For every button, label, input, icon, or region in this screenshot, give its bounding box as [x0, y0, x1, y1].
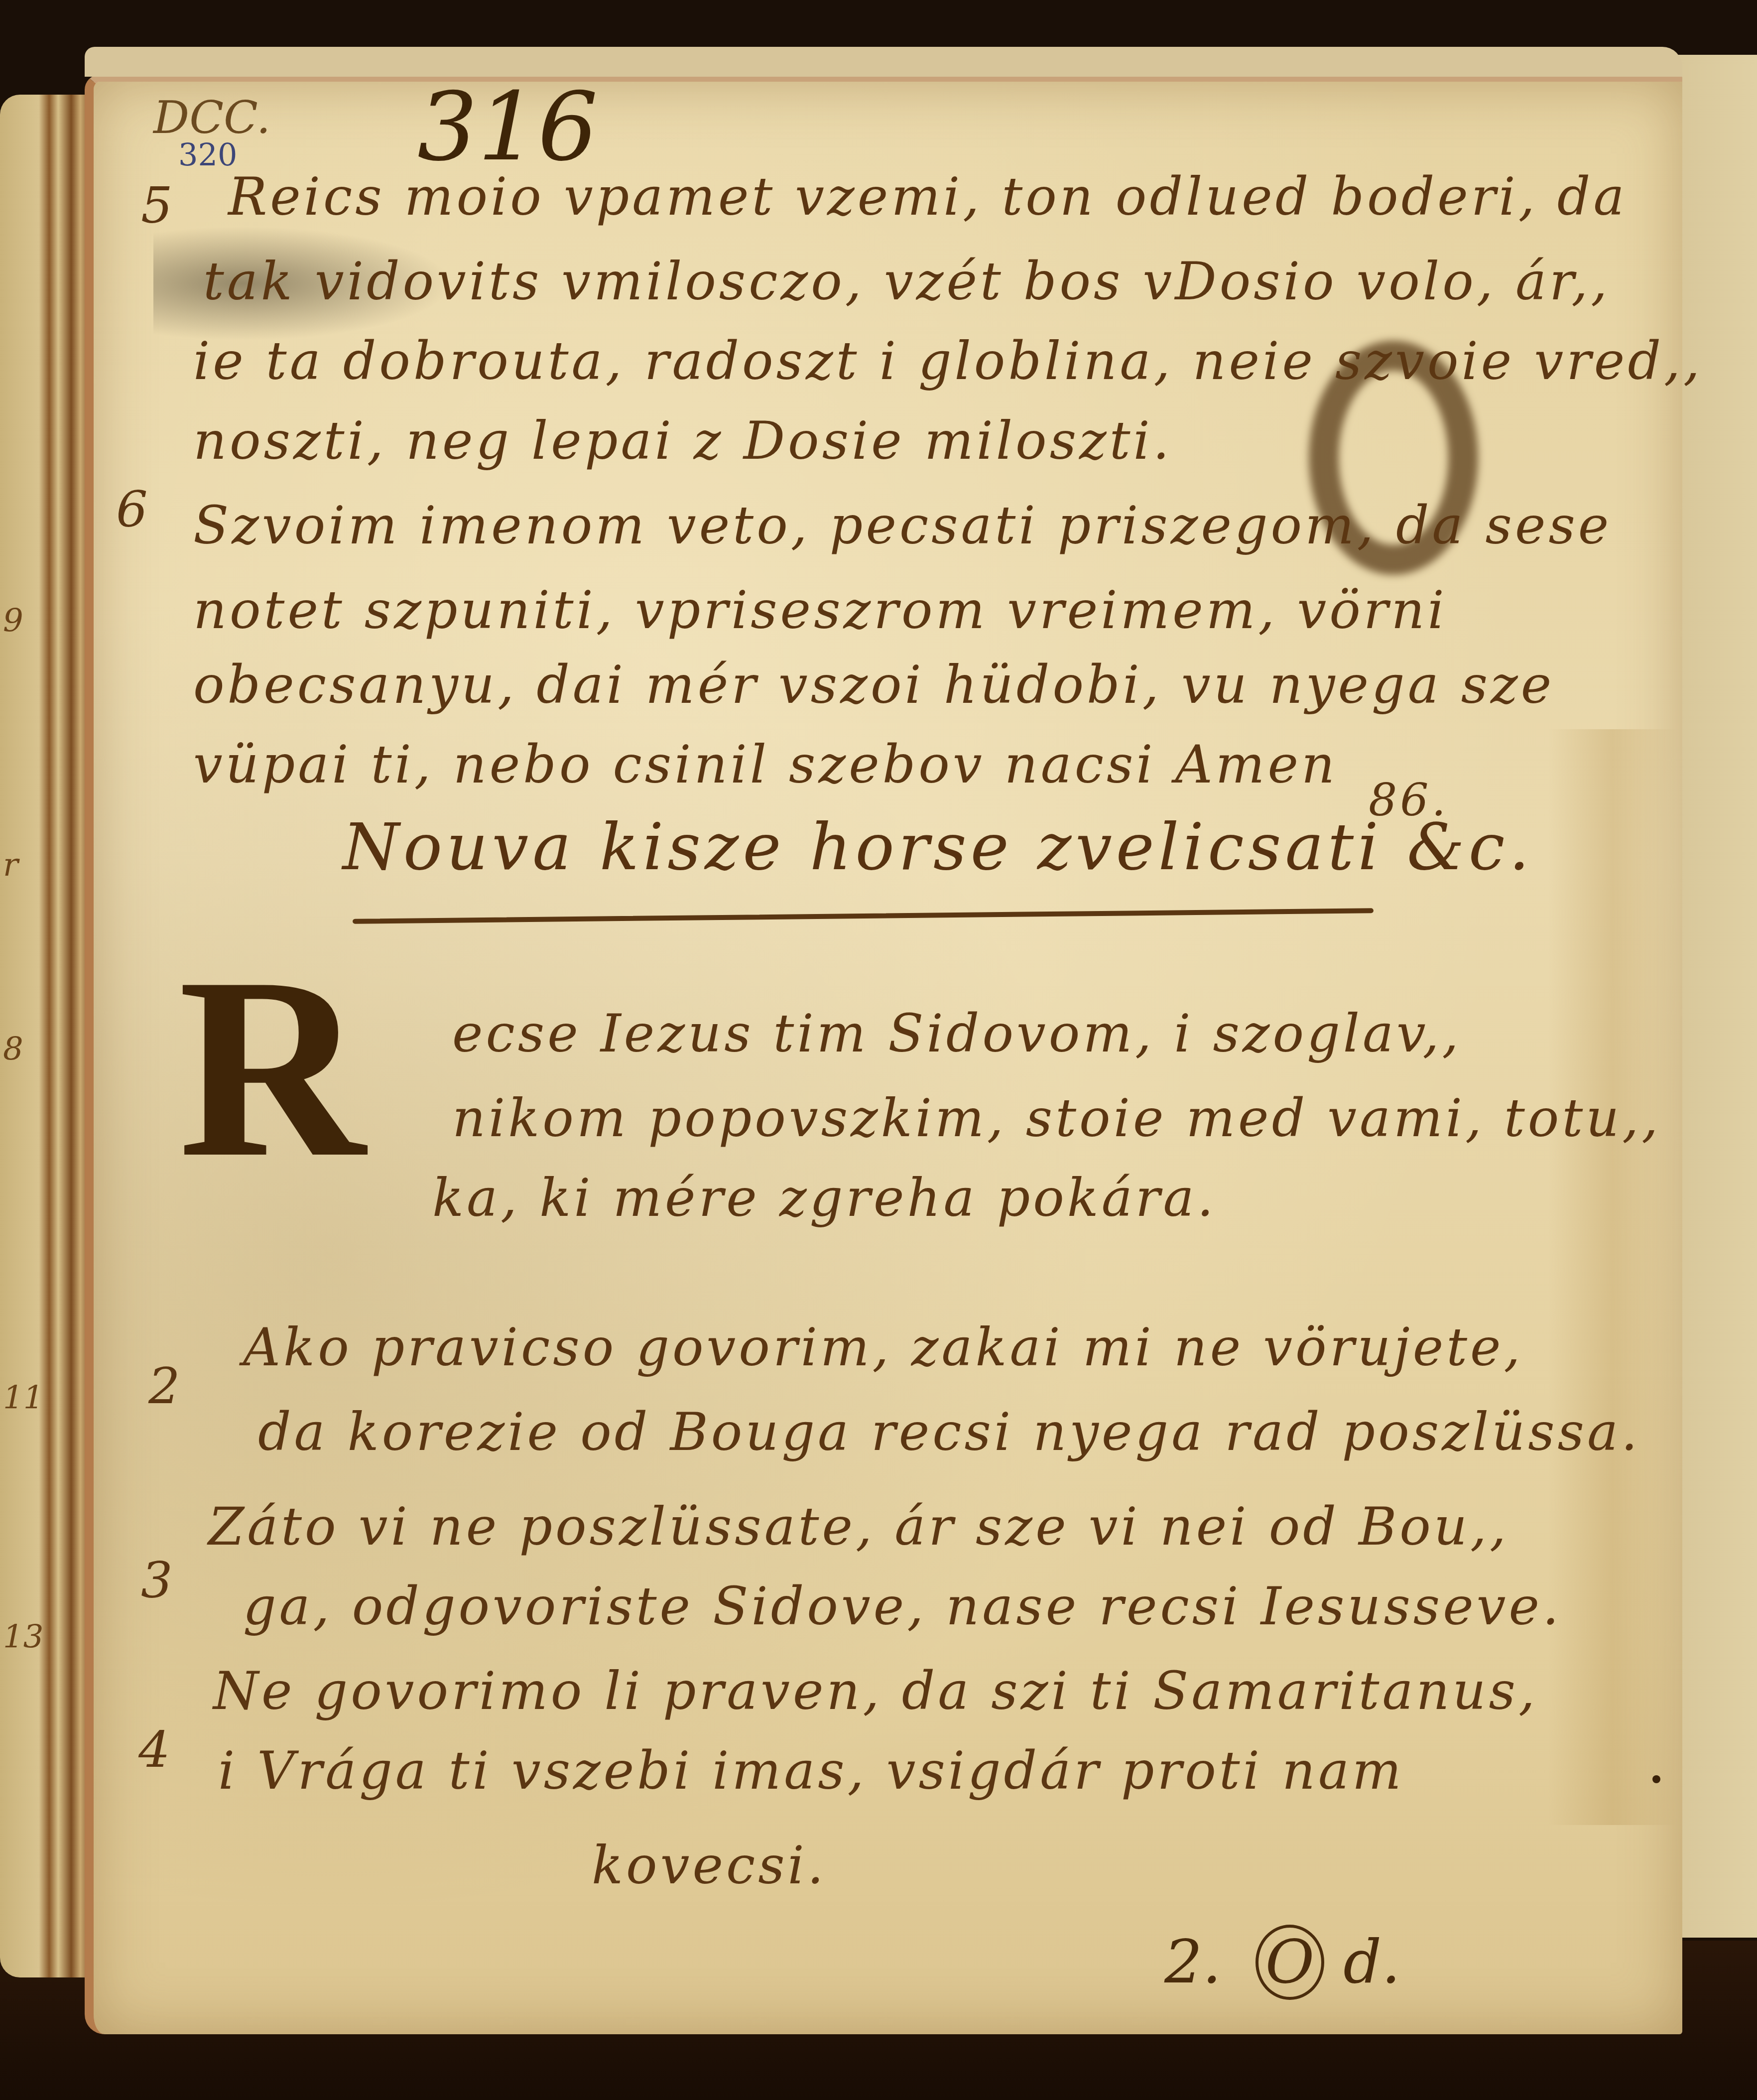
catchword-suffix: d. — [1343, 1928, 1400, 1997]
verse-number: 2 — [148, 1357, 180, 1415]
text-line: ka, ki mére zgreha pokára. — [432, 1168, 1217, 1228]
text-line: i Vrága ti vszebi imas, vsigdár proti na… — [218, 1740, 1404, 1801]
catchword-circled-letter: O — [1255, 1925, 1324, 2000]
catchword: 2. O d. — [1164, 1925, 1400, 2000]
manuscript-page: DCC. 320 316 5 6 Reics moio vpamet vzemi… — [85, 75, 1682, 2034]
text-line: kovecsi. — [592, 1835, 827, 1896]
text-line: ga, odgovoriste Sidove, nase recsi Iesus… — [243, 1576, 1562, 1637]
drop-cap: R — [178, 938, 366, 1197]
verse-number: 6 — [116, 480, 148, 538]
text-line: ecse Iezus tim Sidovom, i szoglav,, — [452, 1003, 1462, 1064]
text-line: noszti, neg lepai z Dosie miloszti. — [193, 410, 1172, 471]
ink-dot — [1652, 1775, 1660, 1783]
folio-number: 316 — [417, 72, 598, 182]
text-line: ie ta dobrouta, radoszt i globlina, neie… — [193, 331, 1703, 392]
text-line: tak vidovits vmilosczo, vzét bos vDosio … — [203, 251, 1610, 312]
text-line: notet szpuniti, vpriseszrom vreimem, vör… — [193, 580, 1447, 641]
verse-number: 5 — [141, 176, 173, 235]
text-line: da korezie od Bouga recsi nyega rad posz… — [258, 1402, 1640, 1462]
section-title: Nouva kisze horse zvelicsati &c. — [343, 809, 1533, 885]
water-stain — [1548, 729, 1677, 1825]
text-line: nikom popovszkim, stoie med vami, totu,, — [452, 1088, 1661, 1149]
verse-number: 3 — [141, 1551, 173, 1609]
left-margin-mark: 9 — [3, 603, 23, 640]
left-margin-mark: r — [3, 847, 18, 884]
text-line: Reics moio vpamet vzemi, ton odlued bode… — [228, 166, 1627, 227]
left-margin-mark: 8 — [3, 1031, 23, 1068]
verse-number: 4 — [138, 1720, 170, 1779]
text-line: Záto vi ne poszlüssate, ár sze vi nei od… — [208, 1496, 1509, 1557]
catchword-prefix: 2. — [1164, 1928, 1222, 1997]
text-line: Szvoim imenom veto, pecsati priszegom, d… — [193, 495, 1612, 556]
left-margin-mark: 11 — [3, 1380, 43, 1417]
heading-underline — [353, 908, 1374, 923]
left-margin-mark: 13 — [3, 1619, 43, 1656]
text-line: obecsanyu, dai mér vszoi hüdobi, vu nyeg… — [193, 655, 1554, 715]
text-line: Ne govorimo li praven, da szi ti Samarit… — [213, 1661, 1538, 1721]
text-line: Ako pravicso govorim, zakai mi ne vöruje… — [243, 1317, 1523, 1378]
text-line: vüpai ti, nebo csinil szebov nacsi Amen — [193, 734, 1338, 795]
